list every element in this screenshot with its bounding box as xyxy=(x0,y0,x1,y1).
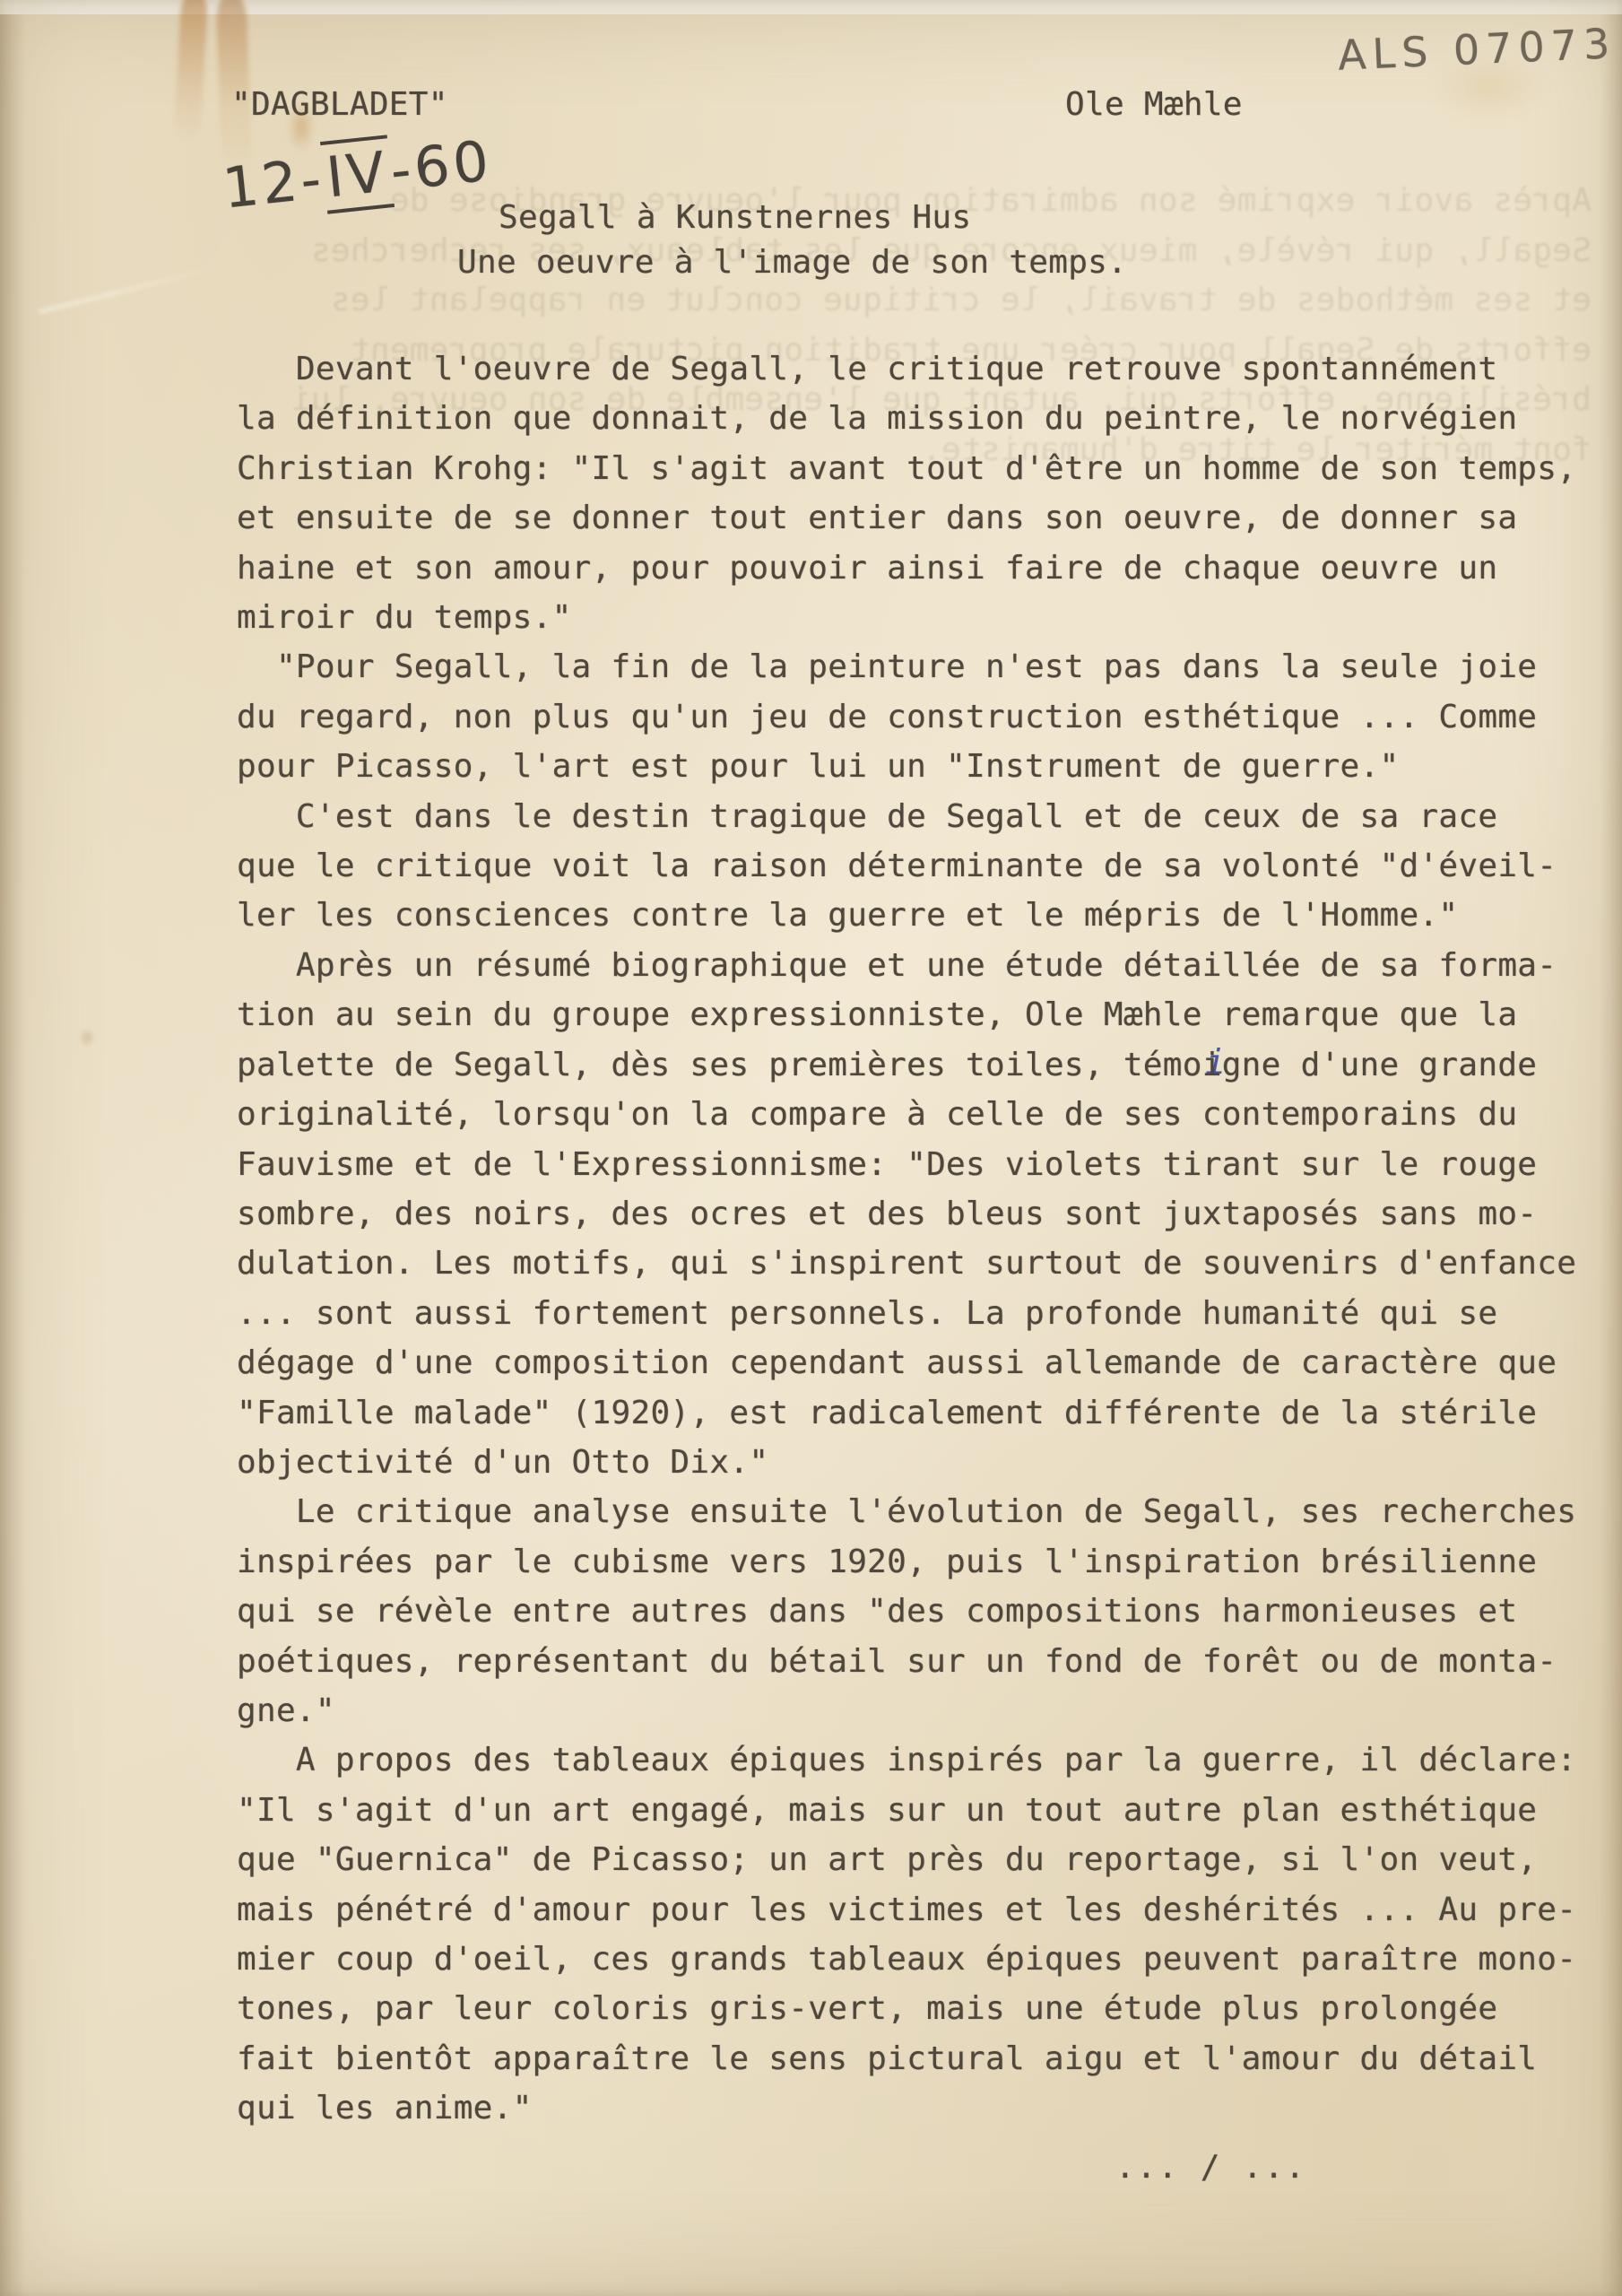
continuation-mark: ... / ... xyxy=(1115,2149,1306,2186)
document-title-line-1: Segall à Kunstnernes Hus xyxy=(499,199,971,236)
document-body: Devant l'oeuvre de Segall, le critique r… xyxy=(237,344,1609,2134)
paragraph-4: Après un résumé biographique et une étud… xyxy=(237,941,1609,1487)
paragraph-3: C'est dans le destin tragique de Segall … xyxy=(237,792,1609,941)
date-year: -60 xyxy=(387,127,495,203)
document-title-line-2: Une oeuvre à l'image de son temps. xyxy=(457,244,1127,281)
paragraph-1: Devant l'oeuvre de Segall, le critique r… xyxy=(237,344,1609,642)
publication-name: "DAGBLADET" xyxy=(231,86,448,123)
date-annotation: 12-IV-60 xyxy=(220,127,495,221)
scanner-edge-strip xyxy=(0,0,1622,14)
paper-crease xyxy=(39,265,222,315)
author-name: Ole Mæhle xyxy=(1065,86,1243,123)
paragraph-2: "Pour Segall, la fin de la peinture n'es… xyxy=(237,642,1609,791)
foxing-spot xyxy=(79,1028,95,1048)
paragraph-6: A propos des tableaux épiques inspirés p… xyxy=(237,1735,1609,2133)
typewritten-document-page: Après avoir exprimé son admiration pour … xyxy=(0,0,1622,2296)
date-roman-numeral: IV xyxy=(320,135,395,213)
rust-stain-streak xyxy=(174,0,209,144)
date-day: 12- xyxy=(220,145,327,221)
paragraph-5: Le critique analyse ensuite l'évolution … xyxy=(237,1487,1609,1735)
catalog-number-annotation: ALS 07073 xyxy=(1337,19,1617,79)
